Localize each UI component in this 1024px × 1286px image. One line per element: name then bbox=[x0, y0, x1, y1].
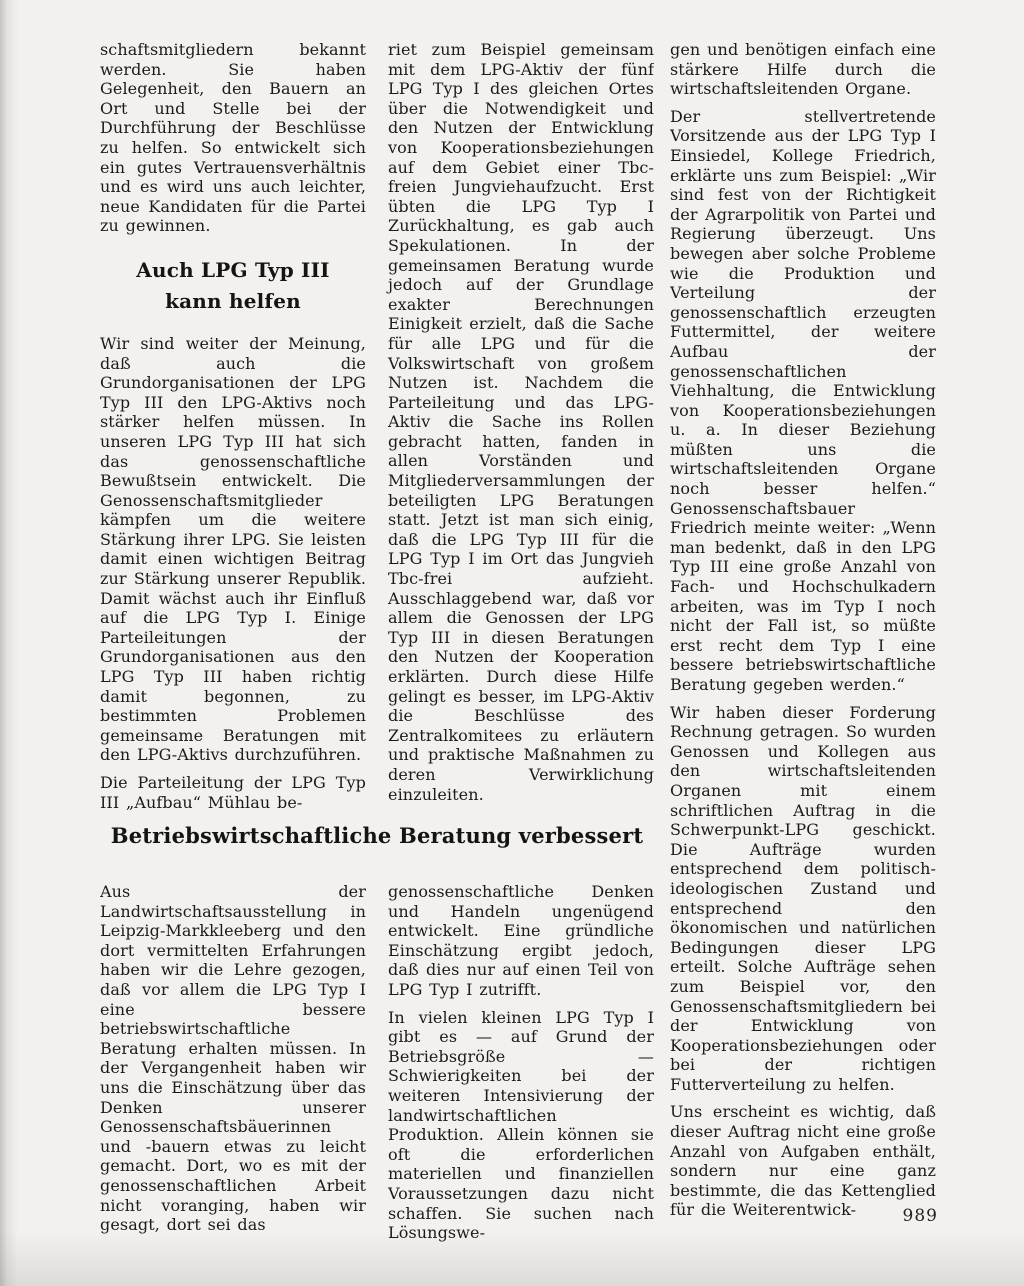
column-2-top: riet zum Beispiel gemeinsam mit dem LPG-… bbox=[388, 40, 654, 822]
paragraph: schaftsmitgliedern bekannt werden. Sie h… bbox=[100, 40, 366, 236]
column-1-bottom: Aus der Landwirtschaftsausstellung in Le… bbox=[100, 882, 366, 1243]
paragraph: Aus der Landwirtschaftsausstellung in Le… bbox=[100, 882, 366, 1235]
column-2-bottom: genossenschaftliche Denken und Handeln u… bbox=[388, 882, 654, 1243]
paragraph: In vielen kleinen LPG Typ I gibt es — au… bbox=[388, 1008, 654, 1243]
paragraph: genossenschaftliche Denken und Handeln u… bbox=[388, 882, 654, 1000]
paragraph: riet zum Beispiel gemeinsam mit dem LPG-… bbox=[388, 40, 654, 804]
scanned-document-page: schaftsmitgliedern bekannt werden. Sie h… bbox=[0, 0, 1024, 1286]
paragraph: Uns erscheint es wichtig, daß dieser Auf… bbox=[670, 1102, 936, 1220]
paragraph: Wir sind weiter der Meinung, daß auch di… bbox=[100, 334, 366, 765]
paragraph: Wir haben dieser Forderung Rechnung getr… bbox=[670, 703, 936, 1095]
page-number: 989 bbox=[903, 1206, 938, 1226]
paragraph: Der stellvertretende Vorsitzende aus der… bbox=[670, 107, 936, 695]
paragraph: Die Parteileitung der LPG Typ III „Aufba… bbox=[100, 773, 366, 812]
heading-line-2: kann helfen bbox=[165, 289, 301, 313]
section-heading-auch-lpg: Auch LPG Typ IIIkann helfen bbox=[100, 255, 366, 317]
bottom-section: Aus der Landwirtschaftsausstellung in Le… bbox=[100, 882, 654, 1243]
column-3: gen und benötigen einfach eine stärkere … bbox=[670, 40, 936, 1240]
page-content: schaftsmitgliedern bekannt werden. Sie h… bbox=[100, 40, 938, 1243]
heading-line-1: Auch LPG Typ III bbox=[136, 258, 329, 282]
column-1-top: schaftsmitgliedern bekannt werden. Sie h… bbox=[100, 40, 366, 822]
page-left-edge-shadow bbox=[0, 0, 18, 1286]
section-heading-betriebswirtschaftliche: Betriebswirtschaftliche Beratung verbess… bbox=[100, 822, 654, 852]
top-section: schaftsmitgliedern bekannt werden. Sie h… bbox=[100, 40, 654, 822]
left-two-column-block: schaftsmitgliedern bekannt werden. Sie h… bbox=[100, 40, 654, 1243]
paragraph: gen und benötigen einfach eine stärkere … bbox=[670, 40, 936, 99]
